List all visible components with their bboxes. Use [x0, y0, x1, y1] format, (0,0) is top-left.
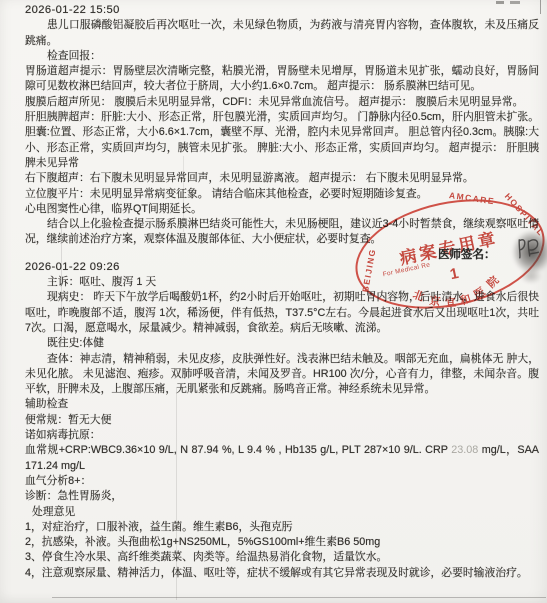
norovirus-test: 诺如病毒抗原：	[25, 428, 539, 443]
blood-gas-test: 血气分析8+：	[25, 474, 539, 489]
physician-signature-label: 医师签名：	[438, 246, 496, 262]
blood-test-main: 血常规+CRP:WBC9.36×10 9/L, N 87.94 %, L 9.4…	[25, 444, 451, 456]
physical-exam: 查体：神志清，精神稍弱，未见皮疹，皮肤弹性好。浅表淋巴结未触及。咽部无充血，扁桃…	[25, 352, 539, 398]
present-illness: 现病史： 昨天下午放学后喝酸奶1杯，约2小时后开始呕吐，初期吐胃内容物，后吐清水…	[25, 290, 539, 336]
fold-line	[61, 226, 62, 344]
stool-test: 便常规：暂无大便	[25, 413, 539, 428]
scanned-medical-record-page: 2026-01-22 15:50 患儿口服磷酸铝凝胶后再次呕吐一次，未见绿色物质…	[0, 0, 547, 603]
note-timestamp: 2026-01-22 15:50	[25, 3, 539, 18]
plan-heading: 处理意见	[25, 505, 539, 520]
chief-complaint: 主诉：呕吐、腹泻 1 天	[25, 275, 539, 290]
hepatobiliary-ultrasound-result: 肝胆胰脾超声：肝脏:大小、形态正常，肝包膜光滑，实质回声均匀。 门静脉内径0.5…	[25, 110, 539, 171]
signature-ink-smudge	[520, 268, 542, 284]
diagnosis: 诊断：急性胃肠炎，	[25, 489, 539, 504]
crp-value: 23.08	[451, 444, 478, 456]
event-paragraph: 患儿口服磷酸铝凝胶后再次呕吐一次，未见绿色物质，为药液与清亮胃内容物，查体腹软，…	[25, 18, 539, 49]
progress-note-1550: 2026-01-22 15:50 患儿口服磷酸铝凝胶后再次呕吐一次，未见绿色物质…	[25, 3, 539, 248]
rlq-ultrasound-result: 右下腹超声：右下腹未见明显异常回声，未见明显游离液。 超声提示： 右下腹未见明显…	[25, 171, 539, 186]
physician-signature-scribble	[515, 235, 543, 261]
blood-test-results: 血常规+CRP:WBC9.36×10 9/L, N 87.94 %, L 9.4…	[25, 443, 539, 474]
auxiliary-exam-heading: 辅助检查	[25, 397, 539, 412]
record-text: 2026-01-22 15:50 患儿口服磷酸铝凝胶后再次呕吐一次，未见绿色物质…	[25, 3, 539, 581]
plan-item-3: 3、停食生冷水果、高纤维类蔬菜、肉类等。给温热易消化食物，适量饮水。	[25, 550, 539, 565]
ecg-result: 心电图窦性心律，临界QT间期延长。	[25, 202, 539, 217]
assessment-conclusion: 结合以上化验检查提示肠系膜淋巴结炎可能性大，未见肠梗阻，建议近3-4小时暂禁食，…	[25, 217, 539, 248]
abdominal-xray-result: 立位腹平片：未见明显异常病变征象。 请结合临床其他检查，必要时短期随诊复查。	[25, 187, 539, 202]
note-timestamp: 2026-01-22 09:26	[25, 260, 539, 275]
report-heading: 检查回报：	[25, 49, 539, 64]
fold-line	[183, 156, 184, 232]
cut-off-header-fragment	[496, 1, 526, 4]
page-bottom-rule	[52, 597, 546, 598]
admission-note-0926: 2026-01-22 09:26 主诉：呕吐、腹泻 1 天 现病史： 昨天下午放…	[25, 260, 539, 581]
plan-item-1: 1，对症治疗，口服补液，益生菌。维生素B6，头孢克肟	[25, 520, 539, 535]
plan-item-4: 4，注意观察尿量、精神活力，体温、呕吐等，症状不缓解或有其它异常表现及时就诊，必…	[25, 566, 539, 581]
retroperitoneal-ultrasound-result: 腹膜后超声所见： 腹膜后未见明显异常，CDFI：未见异常血流信号。 超声提示： …	[25, 95, 539, 110]
plan-item-2: 2，抗感染，补液。头孢曲松1g+NS250ML，5%GS100ml+维生素B6 …	[25, 535, 539, 550]
gi-ultrasound-result: 胃肠道超声提示：胃肠壁层次清晰完整，粘膜光滑，胃肠壁未见增厚，胃肠道未见扩张，蠕…	[25, 64, 539, 95]
past-history: 既往史:体健	[25, 336, 539, 351]
page-edge-line	[540, 0, 541, 14]
fold-line	[176, 388, 177, 600]
